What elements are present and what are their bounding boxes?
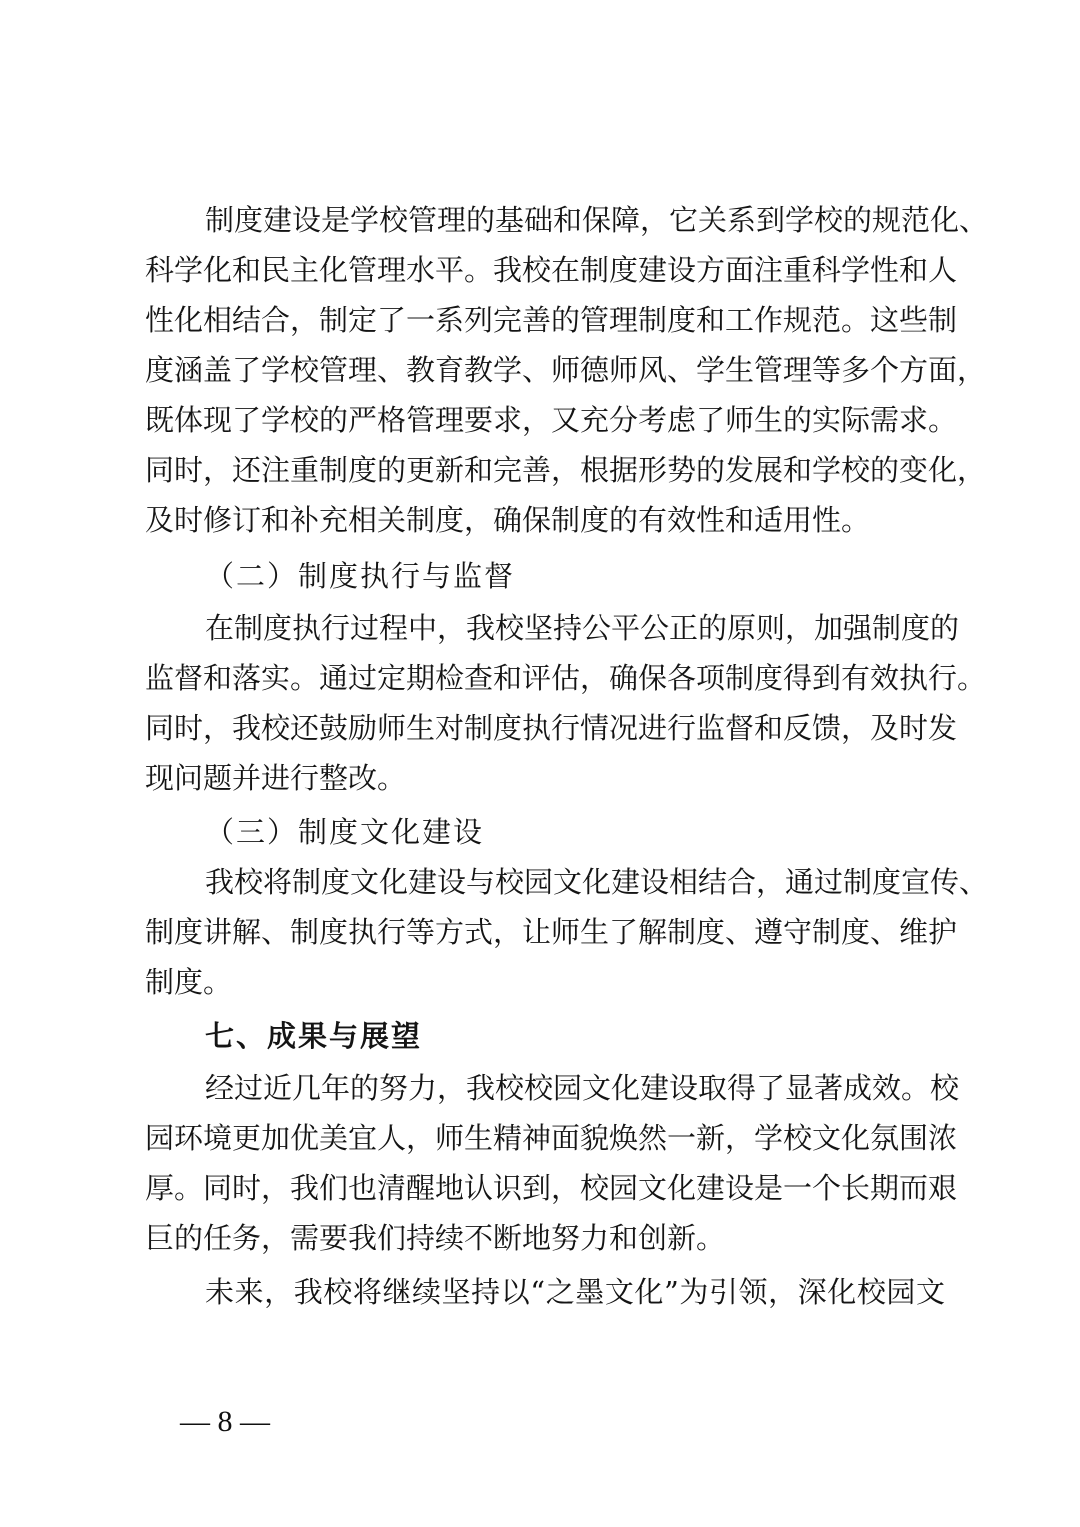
- paragraph-line: 现问题并进行整改。: [145, 758, 945, 798]
- subheading-institutional-culture: （三）制度文化建设: [205, 812, 484, 852]
- paragraph-line: 在制度执行过程中，我校坚持公平公正的原则，加强制度的: [205, 608, 945, 648]
- paragraph-line: 巨的任务，需要我们持续不断地努力和创新。: [145, 1218, 945, 1258]
- subheading-supervision: （二）制度执行与监督: [205, 556, 515, 596]
- paragraph-line: 制度讲解、制度执行等方式，让师生了解制度、遵守制度、维护: [145, 912, 945, 952]
- paragraph-line: 同时，我校还鼓励师生对制度执行情况进行监督和反馈，及时发: [145, 708, 945, 748]
- paragraph-line: 既体现了学校的严格管理要求，又充分考虑了师生的实际需求。: [145, 400, 945, 440]
- paragraph-line: 未来，我校将继续坚持以“之墨文化”为引领，深化校园文: [205, 1272, 945, 1312]
- paragraph-line: 同时，还注重制度的更新和完善，根据形势的发展和学校的变化，: [145, 450, 945, 490]
- paragraph-line: 制度建设是学校管理的基础和保障，它关系到学校的规范化、: [205, 200, 945, 240]
- paragraph-line: 性化相结合，制定了一系列完善的管理制度和工作规范。这些制: [145, 300, 945, 340]
- paragraph-line: 监督和落实。通过定期检查和评估，确保各项制度得到有效执行。: [145, 658, 945, 698]
- paragraph-line: 我校将制度文化建设与校园文化建设相结合，通过制度宣传、: [205, 862, 945, 902]
- document-page: 制度建设是学校管理的基础和保障，它关系到学校的规范化、 科学化和民主化管理水平。…: [0, 0, 1080, 1527]
- paragraph-line: 厚。同时，我们也清醒地认识到，校园文化建设是一个长期而艰: [145, 1168, 945, 1208]
- paragraph-line: 园环境更加优美宜人，师生精神面貌焕然一新，学校文化氛围浓: [145, 1118, 945, 1158]
- paragraph-line: 制度。: [145, 962, 945, 1002]
- paragraph-line: 度涵盖了学校管理、教育教学、师德师风、学生管理等多个方面，: [145, 350, 945, 390]
- paragraph-line: 科学化和民主化管理水平。我校在制度建设方面注重科学性和人: [145, 250, 945, 290]
- section-heading-achievements: 七、成果与展望: [205, 1016, 422, 1056]
- paragraph-line: 及时修订和补充相关制度，确保制度的有效性和适用性。: [145, 500, 945, 540]
- page-number: — 8 —: [180, 1405, 270, 1439]
- paragraph-line: 经过近几年的努力，我校校园文化建设取得了显著成效。校: [205, 1068, 945, 1108]
